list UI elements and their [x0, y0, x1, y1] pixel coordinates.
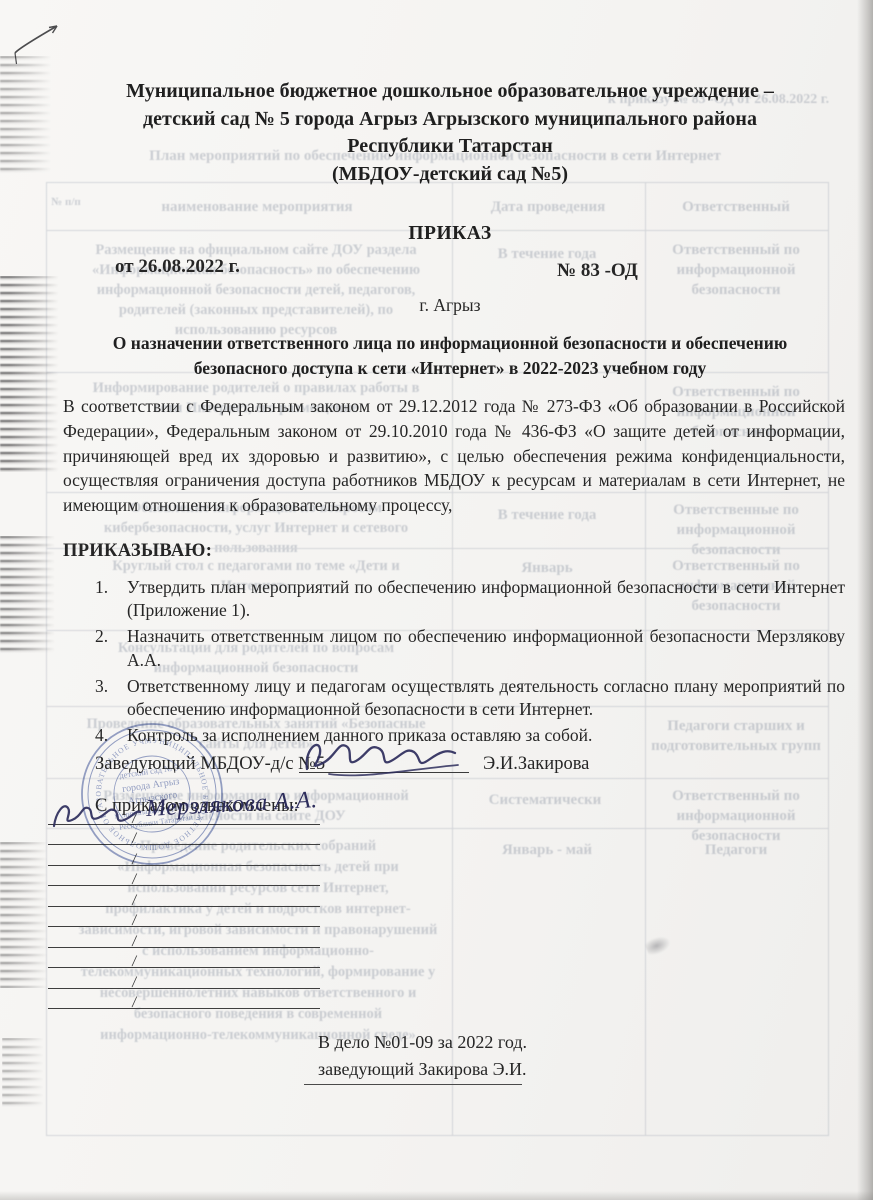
doc-type-title: ПРИКАЗ — [55, 223, 845, 245]
ack-signature-scrawl — [48, 794, 148, 832]
item-text: Утвердить план мероприятий по обеспечени… — [127, 576, 845, 622]
org-line: (МБДОУ-детский сад №5) — [55, 161, 845, 189]
preamble-paragraph: В соответствии с Федеральным законом от … — [63, 394, 845, 518]
item-text: Назначить ответственным лицом по обеспеч… — [127, 625, 845, 671]
signature-row: / — [48, 886, 320, 907]
signature-row: / — [48, 927, 320, 948]
doc-number: № 83 -ОД — [557, 260, 638, 282]
signature-row: / — [48, 989, 320, 1010]
bottom-edge-shadow — [0, 1191, 873, 1200]
order-item: 1. Утвердить план мероприятий по обеспеч… — [95, 576, 845, 622]
signature-row: / — [48, 968, 320, 989]
edge-smudge-strip — [0, 276, 62, 472]
right-edge-shadow — [857, 0, 873, 1200]
filing-underline — [304, 1084, 522, 1085]
subject-line: безопасного доступа к сети «Интернет» в … — [55, 356, 845, 381]
edge-smudge-strip — [2, 1038, 46, 1108]
org-line: детский сад № 5 города Агрыз Агрызского … — [55, 106, 845, 134]
org-line: Муниципальное бюджетное дошкольное образ… — [55, 78, 845, 106]
edge-smudge-strip — [0, 842, 50, 988]
edge-smudge-strip — [0, 536, 58, 654]
item-number: 1. — [95, 576, 127, 622]
item-number: 2. — [95, 625, 127, 671]
item-text: Ответственному лицу и педагогам осуществ… — [127, 675, 845, 721]
filing-line-1: В дело №01-09 за 2022 год. — [318, 1029, 527, 1056]
order-item: 2. Назначить ответственным лицом по обес… — [95, 625, 845, 671]
signature-row: / — [48, 907, 320, 928]
order-heading: ПРИКАЗЫВАЮ: — [63, 541, 212, 562]
document-body: Муниципальное бюджетное дошкольное образ… — [0, 0, 873, 1200]
filing-line-2: заведующий Закирова Э.И. — [318, 1056, 527, 1083]
slash-separator: / — [131, 994, 137, 1012]
order-subject: О назначении ответственного лица по инфо… — [55, 331, 845, 381]
subject-line: О назначении ответственного лица по инфо… — [55, 331, 845, 356]
date-number-row: от 26.08.2022 г. № 83 -ОД — [0, 256, 873, 280]
scanned-document-page: к приказу № 83 -ОД от 26.08.2022 г. План… — [0, 0, 873, 1200]
doc-date: от 26.08.2022 г. — [115, 256, 240, 278]
edge-smudge-strip — [0, 56, 54, 174]
item-text: Контроль за исполнением данного приказа … — [127, 724, 845, 747]
signature-row: / — [48, 948, 320, 969]
item-number: 3. — [95, 675, 127, 721]
filing-note: В дело №01-09 за 2022 год. заведующий За… — [318, 1029, 527, 1082]
head-signature-scrawl — [293, 731, 475, 779]
org-header: Муниципальное бюджетное дошкольное образ… — [55, 78, 845, 188]
head-signature-name: Э.И.Закирова — [483, 754, 589, 775]
org-line: Республики Татарстан — [55, 133, 845, 161]
doc-city: г. Агрыз — [55, 295, 845, 316]
